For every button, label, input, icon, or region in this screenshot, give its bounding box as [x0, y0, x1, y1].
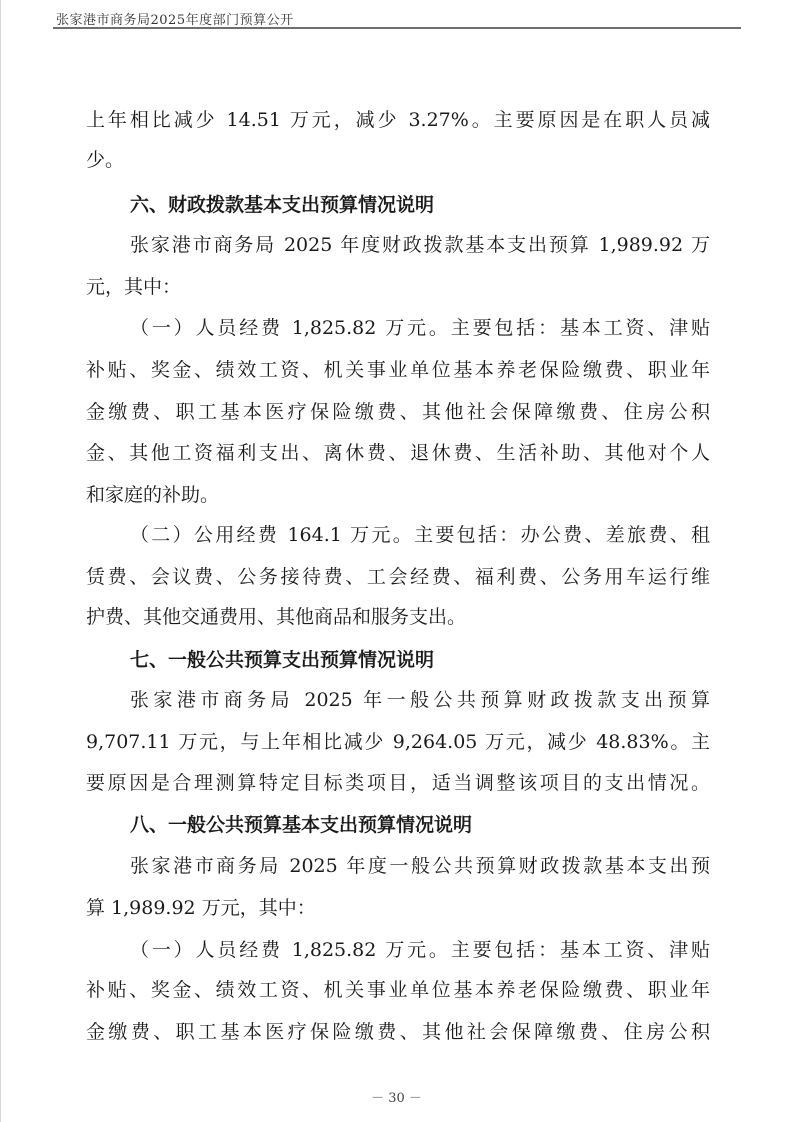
body-line: （一）人员经费 1,825.82 万元。主要包括：基本工资、津贴 [130, 937, 710, 963]
body-line: 9,707.11 万元，与上年相比减少 9,264.05 万元，减少 48.83… [86, 729, 710, 755]
header-divider [53, 27, 741, 29]
page-number: － 30 － [0, 1087, 793, 1106]
body-line: 算 1,989.92 万元，其中： [86, 895, 710, 921]
body-line: 张家港市商务局 2025 年度财政拨款基本支出预算 1,989.92 万 [130, 232, 710, 258]
body-line: 护费、其他交通费用、其他商品和服务支出。 [86, 604, 710, 630]
body-line: 赁费、会议费、公务接待费、工会经费、福利费、公务用车运行维 [86, 564, 710, 590]
body-line: （二）公用经费 164.1 万元。主要包括：办公费、差旅费、租 [130, 522, 710, 548]
section-heading-6: 六、财政拨款基本支出预算情况说明 [130, 192, 434, 218]
body-line: 元，其中： [86, 274, 710, 300]
body-line: 少。 [86, 147, 710, 173]
body-line: 补贴、奖金、绩效工资、机关事业单位基本养老保险缴费、职业年 [86, 977, 710, 1003]
section-heading-8: 八、一般公共预算基本支出预算情况说明 [130, 812, 472, 838]
body-line: 金、其他工资福利支出、离休费、退休费、生活补助、其他对个人 [86, 440, 710, 466]
body-line: 补贴、奖金、绩效工资、机关事业单位基本养老保险缴费、职业年 [86, 357, 710, 383]
body-line: 金缴费、职工基本医疗保险缴费、其他社会保障缴费、住房公积 [86, 399, 710, 425]
body-line: 张家港市商务局 2025 年度一般公共预算财政拨款基本支出预 [130, 853, 710, 879]
running-header: 张家港市商务局2025年度部门预算公开 [56, 9, 294, 28]
body-line: 张家港市商务局 2025 年一般公共预算财政拨款支出预算 [130, 687, 710, 713]
page-edge [0, 0, 1, 1122]
body-line: 和家庭的补助。 [86, 482, 710, 508]
body-line: 上年相比减少 14.51 万元，减少 3.27%。主要原因是在职人员减 [86, 107, 710, 133]
body-line: （一）人员经费 1,825.82 万元。主要包括：基本工资、津贴 [130, 315, 710, 341]
body-line: 要原因是合理测算特定目标类项目，适当调整该项目的支出情况。 [86, 770, 710, 796]
body-line: 金缴费、职工基本医疗保险缴费、其他社会保障缴费、住房公积 [86, 1019, 710, 1045]
section-heading-7: 七、一般公共预算支出预算情况说明 [130, 647, 434, 673]
